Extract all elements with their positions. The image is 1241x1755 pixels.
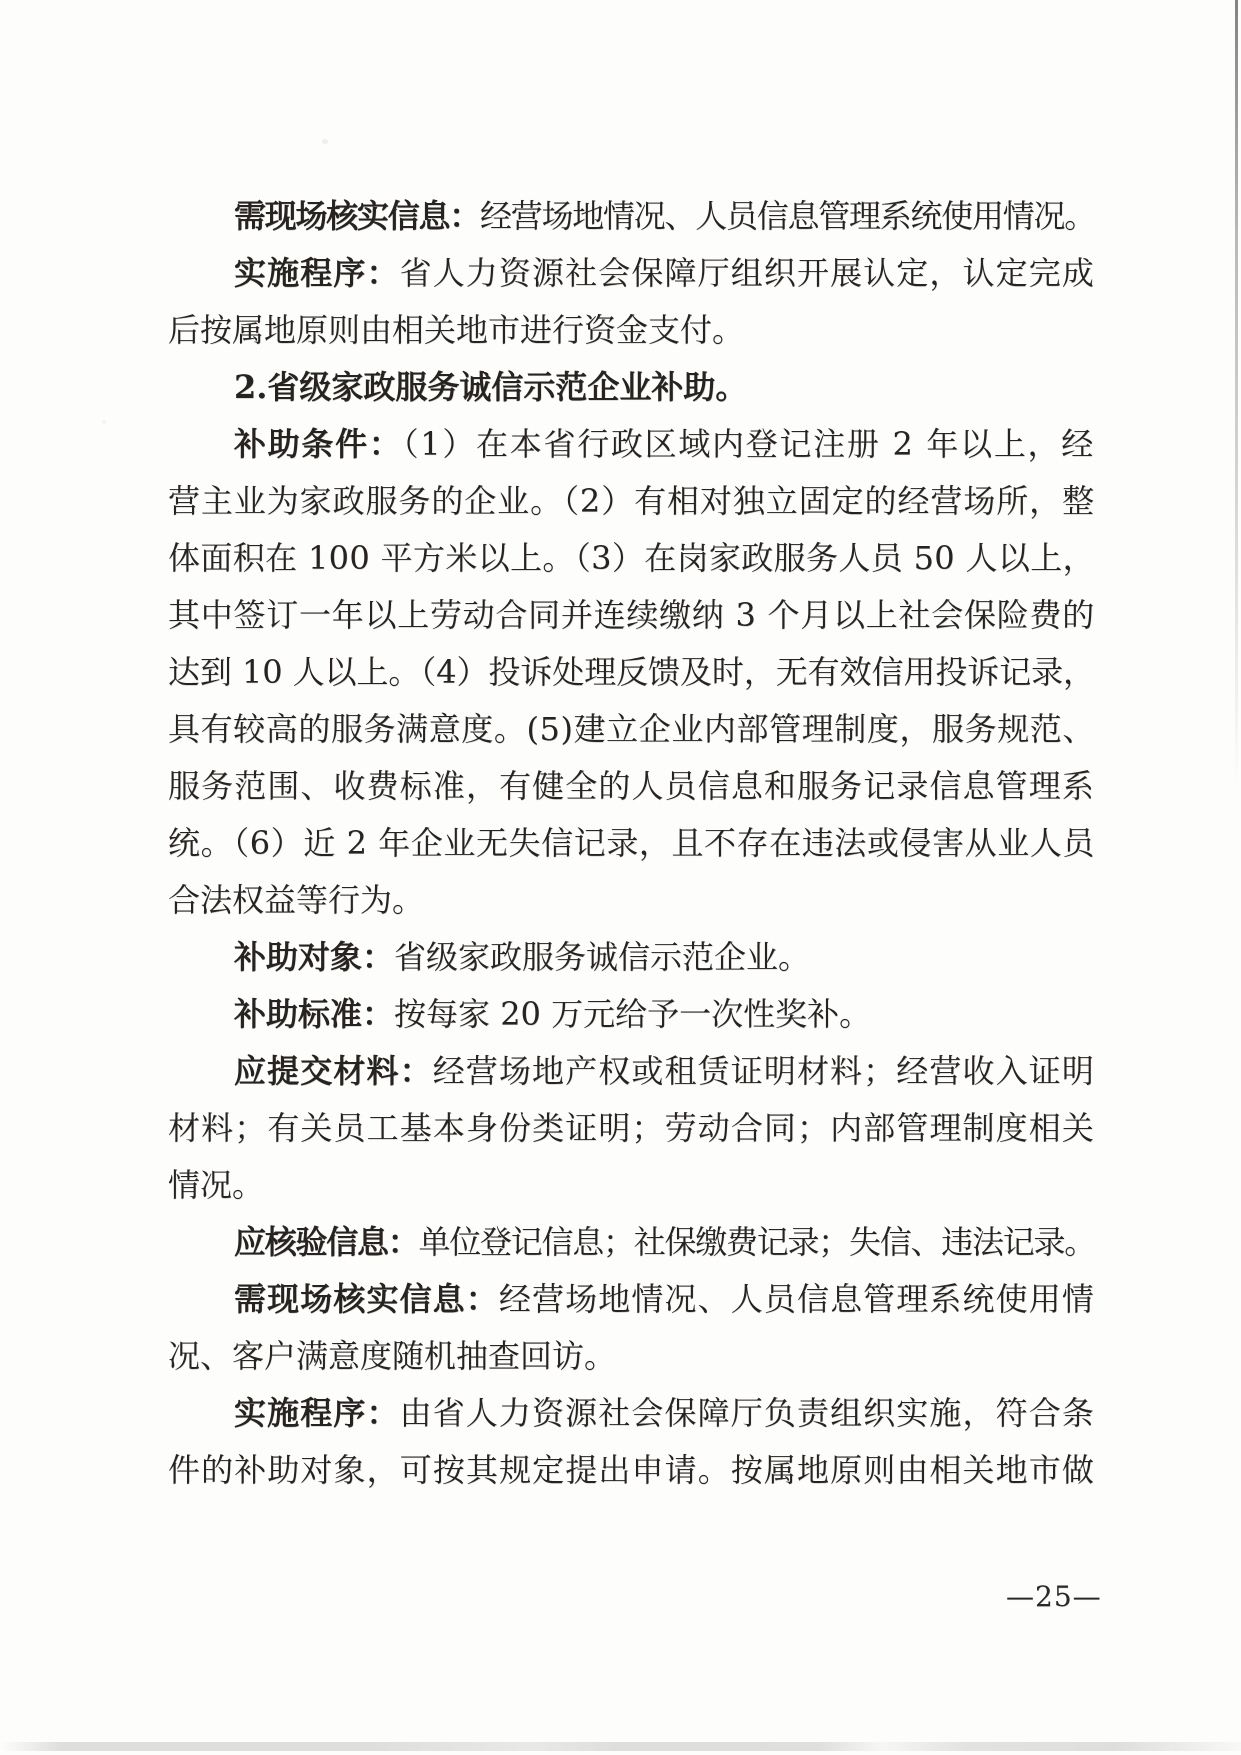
text-line-content: 合法权益等行为。 <box>168 872 424 929</box>
text-line-content: 应核验信息：单位登记信息；社保缴费记录；失信、违法记录。 <box>234 1214 1095 1271</box>
text-line: 营主业为家政服务的企业。（2）有相对独立固定的经营场所，整 <box>168 473 1095 530</box>
text-line-content: 服务范围、收费标准，有健全的人员信息和服务记录信息管理系 <box>168 758 1095 815</box>
text-line: 实施程序：由省人力资源社会保障厅负责组织实施，符合条 <box>168 1385 1095 1442</box>
text-line-content: 其中签订一年以上劳动合同并连续缴纳 3 个月以上社会保险费的 <box>168 587 1095 644</box>
document-body: 需现场核实信息：经营场地情况、人员信息管理系统使用情况。实施程序：省人力资源社会… <box>168 188 1095 1499</box>
text-line: 达到 10 人以上。（4）投诉处理反馈及时，无有效信用投诉记录， <box>168 644 1095 701</box>
text-line: 需现场核实信息：经营场地情况、人员信息管理系统使用情 <box>168 1271 1095 1328</box>
text-line-content: 需现场核实信息：经营场地情况、人员信息管理系统使用情况。 <box>234 188 1095 245</box>
field-label: 2.省级家政服务诚信示范企业补助。 <box>234 368 747 406</box>
text-line: 其中签订一年以上劳动合同并连续缴纳 3 个月以上社会保险费的 <box>168 587 1095 644</box>
text-line: 合法权益等行为。 <box>168 872 1095 929</box>
text-line: 具有较高的服务满意度。(5)建立企业内部管理制度，服务规范、 <box>168 701 1095 758</box>
scan-artifact-speck <box>102 420 106 424</box>
page-number: —25— <box>1006 1580 1102 1613</box>
text-line: 补助对象：省级家政服务诚信示范企业。 <box>168 929 1095 986</box>
text-line-content: 体面积在 100 平方米以上。（3）在岗家政服务人员 50 人以上， <box>168 530 1095 587</box>
text-line-content: 后按属地原则由相关地市进行资金支付。 <box>168 302 744 359</box>
line-text: 省人力资源社会保障厅组织开展认定，认定完成 <box>400 254 1095 292</box>
line-text: 经营场地情况、人员信息管理系统使用情 <box>499 1280 1095 1318</box>
text-line-content: 情况。 <box>168 1157 264 1214</box>
text-line-content: 实施程序：省人力资源社会保障厅组织开展认定，认定完成 <box>234 245 1095 302</box>
text-line: 后按属地原则由相关地市进行资金支付。 <box>168 302 1095 359</box>
field-label: 需现场核实信息： <box>234 1280 499 1318</box>
text-line-content: 件的补助对象，可按其规定提出申请。按属地原则由相关地市做 <box>168 1442 1095 1499</box>
text-line: 应提交材料：经营场地产权或租赁证明材料；经营收入证明 <box>168 1043 1095 1100</box>
field-label: 需现场核实信息： <box>234 197 480 235</box>
field-label: 实施程序： <box>234 1394 400 1432</box>
text-line-content: 统。（6）近 2 年企业无失信记录，且不存在违法或侵害从业人员 <box>168 815 1095 872</box>
text-line: 情况。 <box>168 1157 1095 1214</box>
text-line-content: 补助对象：省级家政服务诚信示范企业。 <box>234 929 810 986</box>
field-label: 补助对象： <box>234 938 394 976</box>
line-text: 营主业为家政服务的企业。（2）有相对独立固定的经营场所，整 <box>168 482 1095 520</box>
line-text: 材料；有关员工基本身份类证明；劳动合同；内部管理制度相关 <box>168 1109 1095 1147</box>
text-line: 况、客户满意度随机抽查回访。 <box>168 1328 1095 1385</box>
line-text: （1）在本省行政区域内登记注册 2 年以上，经 <box>403 425 1095 463</box>
line-text: 达到 10 人以上。（4）投诉处理反馈及时，无有效信用投诉记录， <box>168 653 1095 691</box>
text-line: 体面积在 100 平方米以上。（3）在岗家政服务人员 50 人以上， <box>168 530 1095 587</box>
line-text: 单位登记信息；社保缴费记录；失信、违法记录。 <box>419 1223 1095 1261</box>
text-line-content: 应提交材料：经营场地产权或租赁证明材料；经营收入证明 <box>234 1043 1095 1100</box>
text-line: 补助条件：（1）在本省行政区域内登记注册 2 年以上，经 <box>168 416 1095 473</box>
field-label: 应核验信息： <box>234 1223 419 1261</box>
scan-artifact-right-edge <box>1235 0 1238 790</box>
text-line: 材料；有关员工基本身份类证明；劳动合同；内部管理制度相关 <box>168 1100 1095 1157</box>
line-text: 按每家 20 万元给予一次性奖补。 <box>394 995 871 1033</box>
text-line: 应核验信息：单位登记信息；社保缴费记录；失信、违法记录。 <box>168 1214 1095 1271</box>
text-line-content: 2.省级家政服务诚信示范企业补助。 <box>234 359 747 416</box>
field-label: 补助标准： <box>234 995 394 1033</box>
text-line-content: 营主业为家政服务的企业。（2）有相对独立固定的经营场所，整 <box>168 473 1095 530</box>
line-text: 合法权益等行为。 <box>168 881 424 919</box>
text-line: 补助标准：按每家 20 万元给予一次性奖补。 <box>168 986 1095 1043</box>
text-line: 2.省级家政服务诚信示范企业补助。 <box>168 359 1095 416</box>
text-line-content: 况、客户满意度随机抽查回访。 <box>168 1328 616 1385</box>
field-label: 实施程序： <box>234 254 400 292</box>
line-text: 服务范围、收费标准，有健全的人员信息和服务记录信息管理系 <box>168 767 1095 805</box>
text-line-content: 达到 10 人以上。（4）投诉处理反馈及时，无有效信用投诉记录， <box>168 644 1095 701</box>
text-line-content: 补助标准：按每家 20 万元给予一次性奖补。 <box>234 986 871 1043</box>
text-line: 件的补助对象，可按其规定提出申请。按属地原则由相关地市做 <box>168 1442 1095 1499</box>
text-line: 实施程序：省人力资源社会保障厅组织开展认定，认定完成 <box>168 245 1095 302</box>
scanned-document-page: 需现场核实信息：经营场地情况、人员信息管理系统使用情况。实施程序：省人力资源社会… <box>0 0 1241 1755</box>
text-line: 统。（6）近 2 年企业无失信记录，且不存在违法或侵害从业人员 <box>168 815 1095 872</box>
scan-artifact-speck <box>322 139 328 144</box>
line-text: 况、客户满意度随机抽查回访。 <box>168 1337 616 1375</box>
line-text: 统。（6）近 2 年企业无失信记录，且不存在违法或侵害从业人员 <box>168 824 1095 862</box>
text-line-content: 补助条件：（1）在本省行政区域内登记注册 2 年以上，经 <box>234 416 1095 473</box>
text-line-content: 需现场核实信息：经营场地情况、人员信息管理系统使用情 <box>234 1271 1095 1328</box>
line-text: 经营场地情况、人员信息管理系统使用情况。 <box>480 197 1095 235</box>
line-text: 后按属地原则由相关地市进行资金支付。 <box>168 311 744 349</box>
line-text: 情况。 <box>168 1166 264 1204</box>
line-text: 省级家政服务诚信示范企业。 <box>394 938 810 976</box>
text-line: 服务范围、收费标准，有健全的人员信息和服务记录信息管理系 <box>168 758 1095 815</box>
line-text: 由省人力资源社会保障厅负责组织实施，符合条 <box>400 1394 1095 1432</box>
text-line-content: 具有较高的服务满意度。(5)建立企业内部管理制度，服务规范、 <box>168 701 1095 758</box>
text-line: 需现场核实信息：经营场地情况、人员信息管理系统使用情况。 <box>168 188 1095 245</box>
scan-artifact-bottom-band <box>0 1742 1241 1751</box>
text-line-content: 材料；有关员工基本身份类证明；劳动合同；内部管理制度相关 <box>168 1100 1095 1157</box>
field-label: 应提交材料： <box>234 1052 433 1090</box>
text-line-content: 实施程序：由省人力资源社会保障厅负责组织实施，符合条 <box>234 1385 1095 1442</box>
line-text: 件的补助对象，可按其规定提出申请。按属地原则由相关地市做 <box>168 1451 1095 1489</box>
line-text: 其中签订一年以上劳动合同并连续缴纳 3 个月以上社会保险费的 <box>168 596 1095 634</box>
line-text: 体面积在 100 平方米以上。（3）在岗家政服务人员 50 人以上， <box>168 539 1095 577</box>
line-text: 经营场地产权或租赁证明材料；经营收入证明 <box>433 1052 1095 1090</box>
field-label: 补助条件： <box>234 425 403 463</box>
line-text: 具有较高的服务满意度。(5)建立企业内部管理制度，服务规范、 <box>168 710 1095 748</box>
